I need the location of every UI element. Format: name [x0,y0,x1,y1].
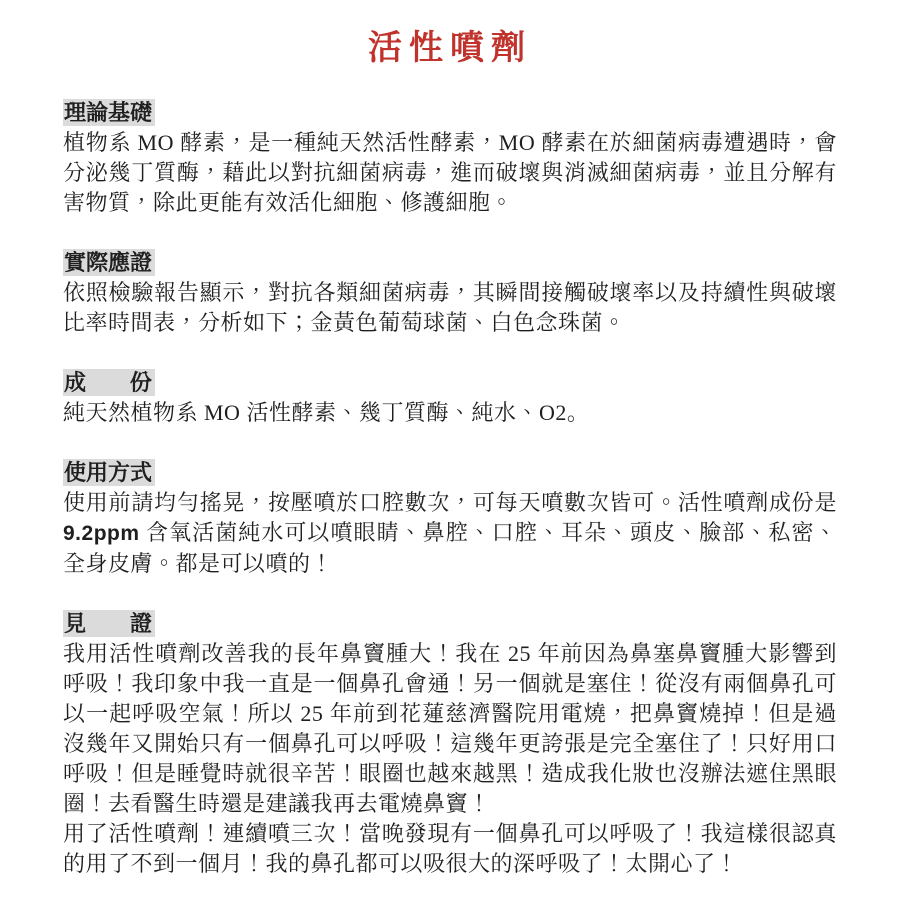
section-proof-heading-text: 實際應證 [63,249,155,276]
section-usage-body: 使用前請均勻搖晃，按壓噴於口腔數次，可每天噴數次皆可。活性噴劑成份是 9.2pp… [63,488,837,579]
section-usage-heading-text: 使用方式 [63,459,155,486]
section-theory-body: 植物系 MO 酵素，是一種純天然活性酵素，MO 酵素在於細菌病毒遭遇時，會分泌幾… [63,128,837,218]
section-proof-heading: 實際應證 [63,248,837,278]
section-theory-heading-text: 理論基礎 [63,99,155,126]
section-usage-heading: 使用方式 [63,458,837,488]
section-testimony-heading-text: 見 證 [63,610,155,637]
section-theory-heading: 理論基礎 [63,98,837,128]
testimony-paragraph-1: 我用活性噴劑改善我的長年鼻竇腫大！我在 25 年前因為鼻塞鼻竇腫大影響到呼吸！我… [63,639,837,819]
usage-body-after: 含氧活菌純水可以噴眼睛、鼻腔、口腔、耳朵、頭皮、臉部、私密、全身皮膚。都是可以噴… [63,520,837,576]
section-theory: 理論基礎 植物系 MO 酵素，是一種純天然活性酵素，MO 酵素在於細菌病毒遭遇時… [63,98,837,218]
section-ingredients-heading-text: 成 份 [63,369,155,396]
page-title: 活性噴劑 [63,26,837,72]
section-ingredients-body: 純天然植物系 MO 活性酵素、幾丁質酶、純水、O2。 [63,398,837,428]
testimony-paragraph-2: 用了活性噴劑！連續噴三次！當晚發現有一個鼻孔可以呼吸了！我這樣很認真的用了不到一… [63,819,837,879]
section-ingredients: 成 份 純天然植物系 MO 活性酵素、幾丁質酶、純水、O2。 [63,368,837,428]
usage-body-before: 使用前請均勻搖晃，按壓噴於口腔數次，可每天噴數次皆可。活性噴劑成份是 [63,490,837,515]
section-testimony-heading: 見 證 [63,609,837,639]
ppm-value: 9.2ppm [63,522,140,545]
section-testimony: 見 證 我用活性噴劑改善我的長年鼻竇腫大！我在 25 年前因為鼻塞鼻竇腫大影響到… [63,609,837,879]
section-ingredients-heading: 成 份 [63,368,837,398]
document-page: 活性噴劑 理論基礎 植物系 MO 酵素，是一種純天然活性酵素，MO 酵素在於細菌… [0,0,897,897]
section-usage: 使用方式 使用前請均勻搖晃，按壓噴於口腔數次，可每天噴數次皆可。活性噴劑成份是 … [63,458,837,579]
section-proof: 實際應證 依照檢驗報告顯示，對抗各類細菌病毒，其瞬間接觸破壞率以及持續性與破壞比… [63,248,837,338]
section-proof-body: 依照檢驗報告顯示，對抗各類細菌病毒，其瞬間接觸破壞率以及持續性與破壞比率時間表，… [63,278,837,338]
